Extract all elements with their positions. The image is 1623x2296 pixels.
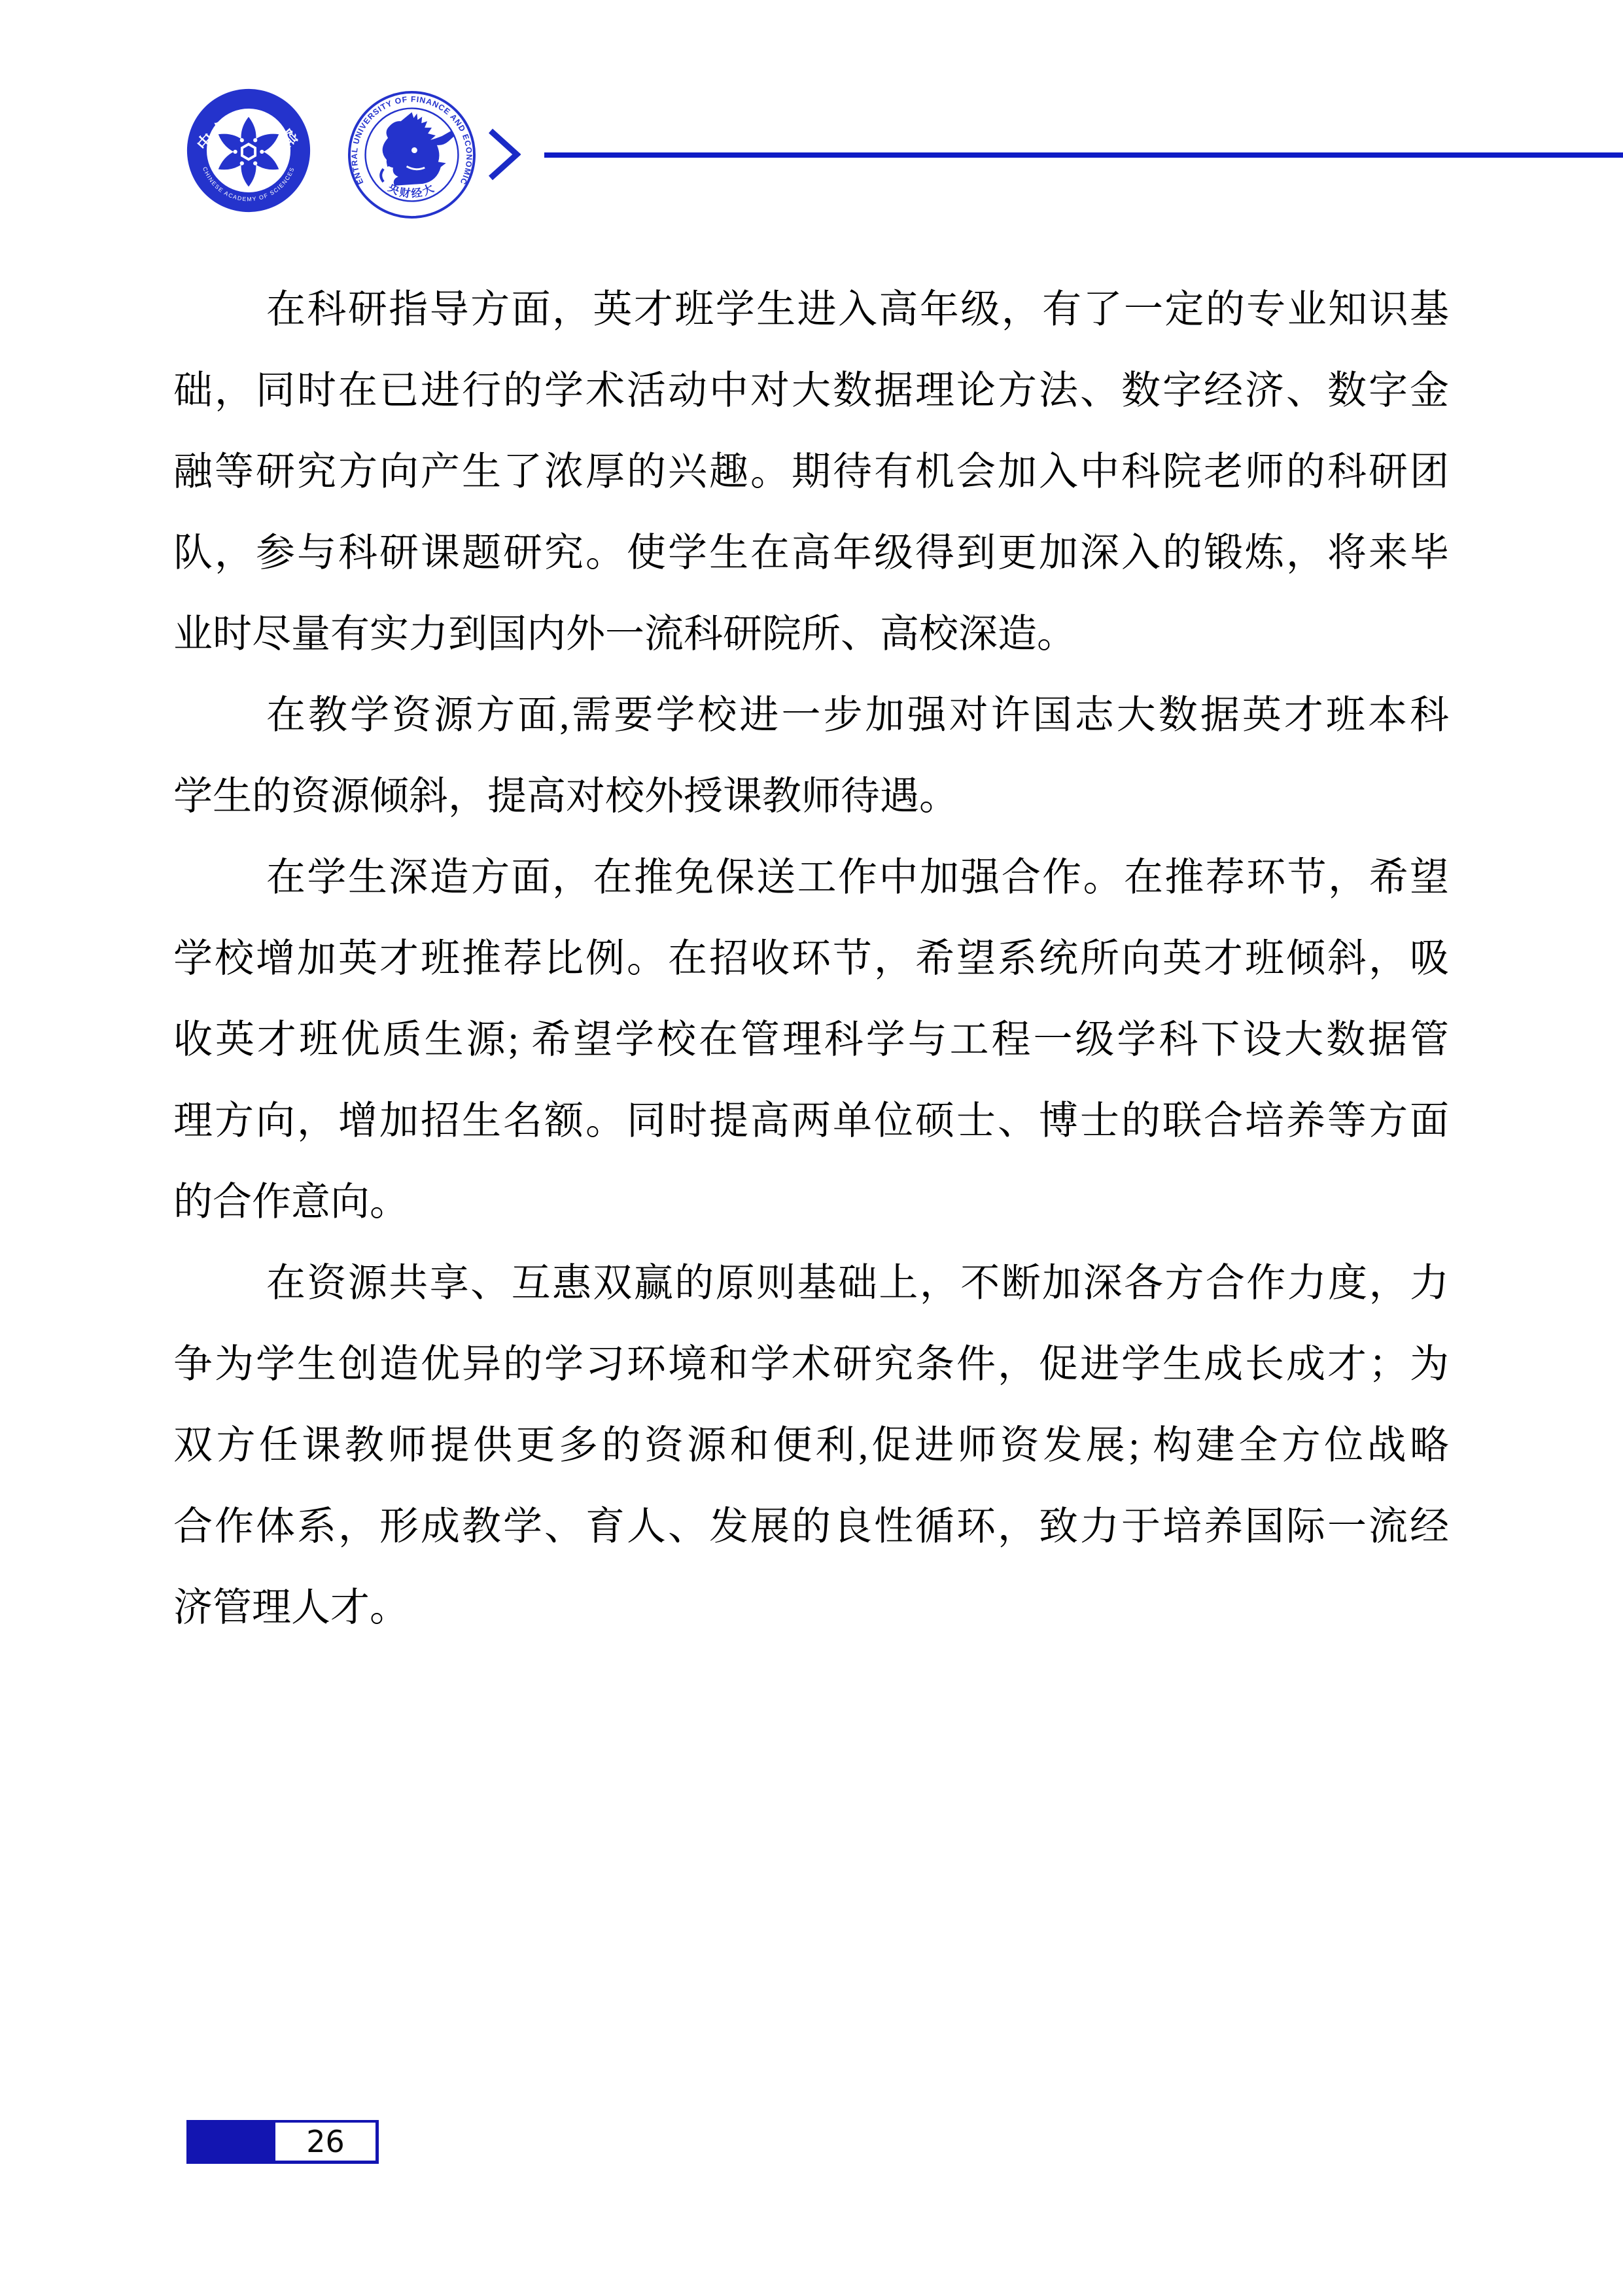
paragraph: 在科研指导方面，英才班学生进入高年级，有了一定的专业知识基础，同时在已进行的学术… [173,269,1449,675]
text-line: 融等研究方向产生了浓厚的兴趣。期待有机会加入中科院老师的科研团 [173,431,1449,512]
page-number-box: 26 [275,2123,375,2161]
text-line: 学校增加英才班推荐比例。在招收环节，希望系统所向英才班倾斜，吸 [173,918,1449,999]
cufe-figure-emblem [381,112,455,185]
text-line: 业时尽量有实力到国内外一流科研院所、高校深造。 [173,593,1449,675]
document-body: 在科研指导方面，英才班学生进入高年级，有了一定的专业知识基础，同时在已进行的学术… [173,269,1449,1648]
text-line: 础，同时在已进行的学术活动中对大数据理论方法、数字经济、数字金 [173,350,1449,431]
chinese-academy-of-sciences-logo-icon: 中国科学院 CHINESE ACADEMY OF SCIENCES [185,87,312,214]
paragraph: 在资源共享、互惠双赢的原则基础上，不断加深各方合作力度，力争为学生创造优异的学习… [173,1243,1449,1648]
text-line: 双方任课教师提供更多的资源和便利,促进师资发展; 构建全方位战略 [173,1405,1449,1486]
chevron-right-icon [487,128,521,181]
footer-accent-bar: 26 [186,2120,379,2164]
text-line: 理方向，增加招生名额。同时提高两单位硕士、博士的联合培养等方面 [173,1080,1449,1161]
page-number: 26 [306,2124,345,2159]
document-page: 中国科学院 CHINESE ACADEMY OF SCIENCES [0,0,1623,2296]
text-line: 学生的资源倾斜，提高对校外授课教师待遇。 [173,756,1449,837]
text-line: 队，参与科研课题研究。使学生在高年级得到更加深入的锻炼，将来毕 [173,512,1449,593]
text-line: 在教学资源方面,需要学校进一步加强对许国志大数据英才班本科 [173,675,1449,756]
paragraph: 在学生深造方面，在推免保送工作中加强合作。在推荐环节，希望学校增加英才班推荐比例… [173,837,1449,1243]
text-line: 合作体系，形成教学、育人、发展的良性循环，致力于培养国际一流经 [173,1486,1449,1567]
paragraph: 在教学资源方面,需要学校进一步加强对许国志大数据英才班本科学生的资源倾斜，提高对… [173,675,1449,837]
text-line: 收英才班优质生源; 希望学校在管理科学与工程一级学科下设大数据管 [173,999,1449,1080]
text-line: 济管理人才。 [173,1567,1449,1648]
header-rule [544,152,1623,158]
central-university-of-finance-and-economics-logo-icon: CENTRAL UNIVERSITY OF FINANCE AND ECONOM… [347,90,476,219]
text-line: 在科研指导方面，英才班学生进入高年级，有了一定的专业知识基 [173,269,1449,350]
text-line: 在学生深造方面，在推免保送工作中加强合作。在推荐环节，希望 [173,837,1449,918]
text-line: 在资源共享、互惠双赢的原则基础上，不断加深各方合作力度，力 [173,1243,1449,1324]
text-line: 的合作意向。 [173,1161,1449,1243]
text-line: 争为学生创造优异的学习环境和学术研究条件，促进学生成长成才；为 [173,1324,1449,1405]
